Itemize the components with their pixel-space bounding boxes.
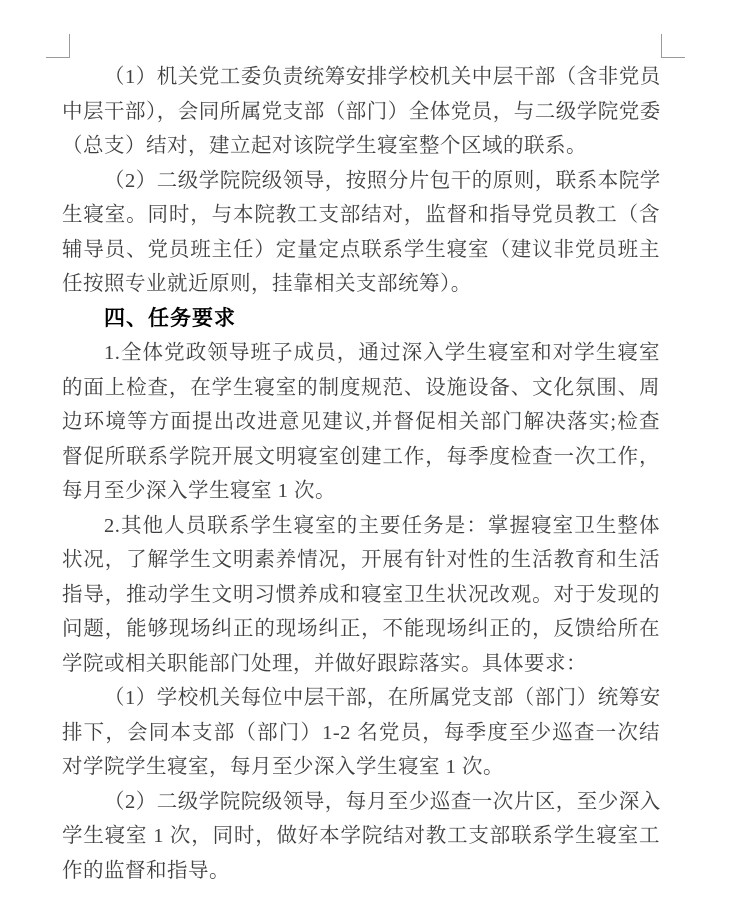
- text-line: （总支）结对，建立起对该院学生寝室整个区域的联系。: [62, 129, 660, 164]
- paragraph: （1）机关党工委负责统筹安排学校机关中层干部（含非党员中层干部），会同所属党支部…: [62, 60, 660, 164]
- text-line: 1.全体党政领导班子成员，通过深入学生寝室和对学生寝室: [62, 336, 660, 371]
- text-line: 四、任务要求: [62, 302, 660, 337]
- text-line: （1）学校机关每位中层干部，在所属党支部（部门）统筹安: [62, 681, 660, 716]
- paragraph: （2）二级学院院级领导，按照分片包干的原则，联系本院学生寝室。同时，与本院教工支…: [62, 164, 660, 302]
- text-line: 的面上检查，在学生寝室的制度规范、设施设备、文化氛围、周: [62, 371, 660, 406]
- paragraph: （2）二级学院院级领导，每月至少巡查一次片区，至少深入学生寝室 1 次，同时，做…: [62, 785, 660, 889]
- text-line: 辅导员、党员班主任）定量定点联系学生寝室（建议非党员班主: [62, 233, 660, 268]
- text-line: 学生寝室 1 次，同时，做好本学院结对教工支部联系学生寝室工: [62, 819, 660, 854]
- text-line: 对学院学生寝室，每月至少深入学生寝室 1 次。: [62, 750, 660, 785]
- text-line: 问题，能够现场纠正的现场纠正，不能现场纠正的，反馈给所在: [62, 612, 660, 647]
- text-line: （2）二级学院院级领导，按照分片包干的原则，联系本院学: [62, 164, 660, 199]
- paragraph: 1.全体党政领导班子成员，通过深入学生寝室和对学生寝室的面上检查，在学生寝室的制…: [62, 336, 660, 509]
- document-page: （1）机关党工委负责统筹安排学校机关中层干部（含非党员中层干部），会同所属党支部…: [0, 0, 732, 904]
- paragraph: （1）学校机关每位中层干部，在所属党支部（部门）统筹安排下，会同本支部（部门）1…: [62, 681, 660, 785]
- text-line: 作的监督和指导。: [62, 854, 660, 889]
- text-line: 状况，了解学生文明素养情况，开展有针对性的生活教育和生活: [62, 543, 660, 578]
- text-line: 2.其他人员联系学生寝室的主要任务是：掌握寝室卫生整体: [62, 509, 660, 544]
- text-line: 中层干部），会同所属党支部（部门）全体党员，与二级学院党委: [62, 95, 660, 130]
- text-line: （1）机关党工委负责统筹安排学校机关中层干部（含非党员: [62, 60, 660, 95]
- text-line: 边环境等方面提出改进意见建议,并督促相关部门解决落实;检查: [62, 405, 660, 440]
- text-line: 生寝室。同时，与本院教工支部结对，监督和指导党员教工（含: [62, 198, 660, 233]
- document-body: （1）机关党工委负责统筹安排学校机关中层干部（含非党员中层干部），会同所属党支部…: [62, 60, 660, 888]
- text-line: （2）二级学院院级领导，每月至少巡查一次片区，至少深入: [62, 785, 660, 820]
- text-line: 学院或相关职能部门处理，并做好跟踪落实。具体要求：: [62, 647, 660, 682]
- text-line: 任按照专业就近原则，挂靠相关支部统筹）。: [62, 267, 660, 302]
- text-line: 督促所联系学院开展文明寝室创建工作，每季度检查一次工作，: [62, 440, 660, 475]
- text-line: 排下，会同本支部（部门）1-2 名党员，每季度至少巡查一次结: [62, 716, 660, 751]
- paragraph: 2.其他人员联系学生寝室的主要任务是：掌握寝室卫生整体状况，了解学生文明素养情况…: [62, 509, 660, 682]
- crop-mark-top-right: [661, 34, 685, 58]
- section-heading: 四、任务要求: [62, 302, 660, 337]
- text-line: 指导，推动学生文明习惯养成和寝室卫生状况改观。对于发现的: [62, 578, 660, 613]
- text-line: 每月至少深入学生寝室 1 次。: [62, 474, 660, 509]
- crop-mark-top-left: [46, 34, 70, 58]
